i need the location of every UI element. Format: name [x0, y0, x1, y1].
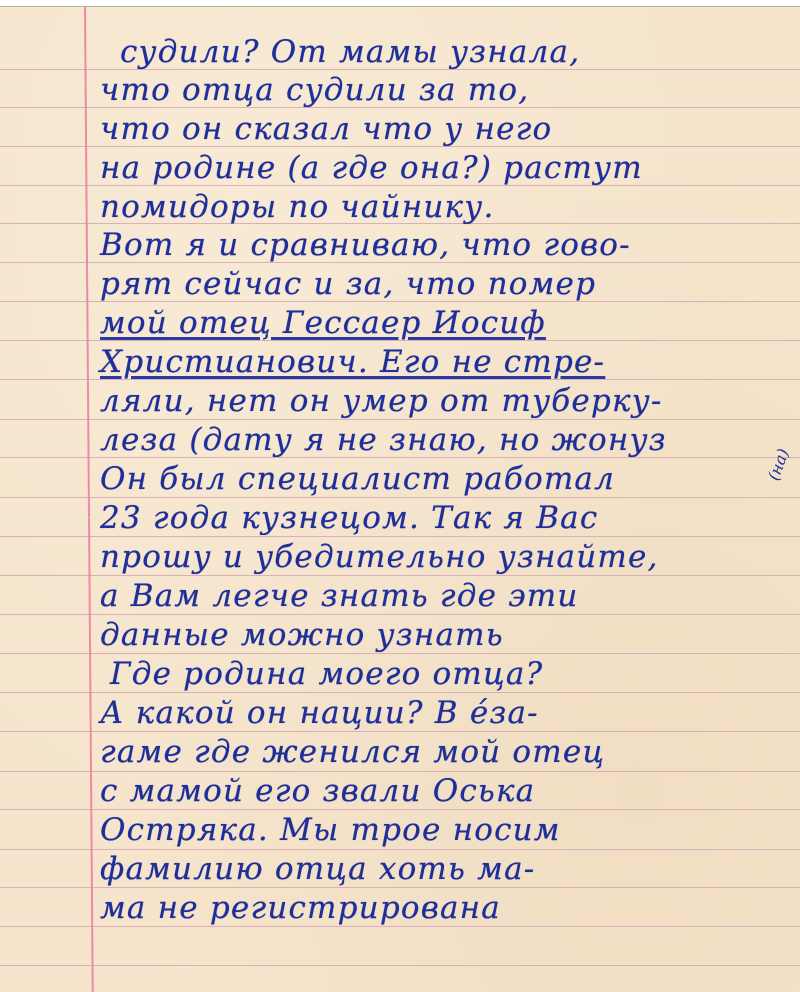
handwritten-line: ма не регистрирована: [100, 889, 501, 928]
handwritten-line: Вот я и сравниваю, что гово-: [100, 226, 631, 265]
handwritten-line: Он был специалист работал: [100, 460, 615, 499]
handwritten-line: на родине (а где она?) растут: [100, 149, 643, 188]
handwritten-line: рят сейчас и за, что помер: [100, 265, 596, 304]
handwritten-line: 23 года кузнецом. Так я Вас: [100, 499, 598, 538]
handwritten-line: Остряка. Мы трое носим: [100, 811, 561, 850]
margin-line: [84, 7, 93, 992]
handwritten-line: Где родина моего отца?: [110, 655, 543, 694]
handwritten-line: что он сказал что у него: [100, 110, 552, 149]
handwritten-line: леза (дату я не знаю, но жонуз: [100, 421, 667, 460]
margin-note: (на): [764, 446, 793, 483]
handwritten-line: что отца судили за то,: [100, 71, 529, 110]
handwritten-line: фамилию отца хоть ма-: [100, 850, 535, 889]
letter-page: судили? От мамы узнала, что отца судили …: [0, 6, 800, 992]
handwritten-line: помидоры по чайнику.: [100, 188, 495, 227]
handwritten-line: судили? От мамы узнала,: [120, 33, 580, 72]
handwritten-line-underlined: мой отец Гессаер Иосиф: [100, 304, 546, 343]
handwritten-line: А какой он нации? В éза-: [100, 694, 539, 733]
handwritten-line: а Вам легче знать где эти: [100, 577, 579, 616]
handwritten-line: гаме где женился мой отец: [100, 733, 605, 772]
handwritten-line-underlined: Христианович. Его не стре-: [100, 343, 605, 382]
ruled-line: [0, 965, 800, 966]
handwritten-line: данные можно узнать: [100, 616, 504, 655]
handwritten-line: с мамой его звали Оська: [100, 772, 535, 811]
handwritten-line: ляли, нет он умер от туберку-: [100, 382, 663, 421]
handwritten-line: прошу и убедительно узнайте,: [100, 538, 659, 577]
